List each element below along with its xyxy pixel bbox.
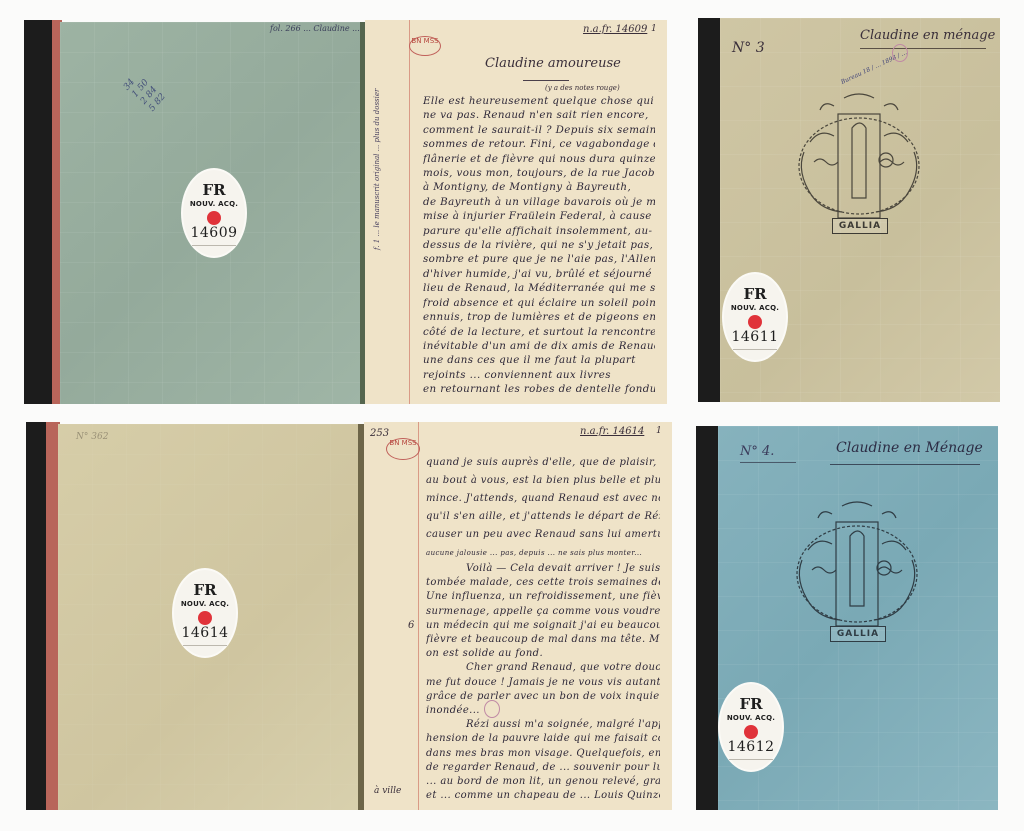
- notebook-cover: fol. 266 ... Claudine ... 34 1 50 2 84 5…: [60, 22, 360, 404]
- red-dot: [198, 611, 212, 625]
- notebook-spine: [26, 422, 48, 810]
- gallia-emblem: GALLIA: [792, 500, 922, 650]
- library-label: FR NOUV. ACQ. 14612: [720, 684, 782, 770]
- notebook-cover: N° 4. Claudine en Ménage GALLIA: [718, 426, 998, 810]
- cover-note: N° 362: [76, 432, 108, 442]
- library-label: FR NOUV. ACQ. 14611: [724, 274, 786, 360]
- red-dot: [744, 725, 758, 739]
- library-stamp: BN MSS: [386, 438, 420, 460]
- shelfmark: n.a.fr. 14609: [583, 24, 647, 35]
- folio-number: 253: [370, 428, 389, 439]
- notebook-cover: N° 362 FR NOUV. ACQ. 14614: [58, 424, 358, 810]
- notebook-title: Claudine en Ménage: [836, 440, 983, 456]
- shelfmark: n.a.fr. 14614: [580, 426, 644, 437]
- emblem-label: GALLIA: [832, 218, 888, 234]
- subtitle-note: (y a des notes rouge): [545, 84, 620, 92]
- library-label: FR NOUV. ACQ. 14609: [183, 170, 245, 256]
- bottom-note: à ville: [374, 786, 401, 796]
- notebook-title: Claudine en ménage: [860, 28, 995, 43]
- library-stamp: BN MSS: [409, 36, 441, 56]
- manuscript-page: 253 BN MSS n.a.fr. 14614 1 quand je suis…: [364, 422, 672, 810]
- chapter-title: Claudine amoureuse: [485, 56, 621, 71]
- label-number: 14611: [724, 330, 786, 344]
- gallia-emblem: GALLIA: [794, 92, 924, 242]
- emblem-label: GALLIA: [830, 626, 886, 642]
- cover-note: fol. 266 ... Claudine ...: [270, 24, 360, 33]
- manuscript-page: BN MSS n.a.fr. 14609 1 Claudine amoureus…: [365, 20, 667, 404]
- margin-letter: 6: [408, 620, 414, 631]
- library-label: FR NOUV. ACQ. 14614: [174, 570, 236, 656]
- page-number: 1: [651, 24, 657, 34]
- page-number: 1: [656, 426, 662, 436]
- notebook-cover: N° 3 Claudine en ménage Bureau 18 / ... …: [720, 18, 1000, 402]
- red-dot: [207, 211, 221, 225]
- label-number: 14612: [720, 740, 782, 754]
- manuscript-text-block-1: quand je suis auprès d'elle, que de plai…: [426, 454, 660, 562]
- title-underline: [523, 80, 569, 81]
- manuscript-text-block-2: Voilà — Cela devait arriver ! Je suis to…: [426, 562, 660, 803]
- margin-note: f. 1 ... le manuscrit original ... plus …: [373, 89, 381, 250]
- red-dot: [748, 315, 762, 329]
- manuscript-text: Elle est heureusement quelque chose qui …: [423, 94, 655, 397]
- label-number: 14609: [183, 226, 245, 240]
- notebook-number: N° 4.: [740, 444, 774, 459]
- notebook-number: N° 3: [732, 40, 765, 56]
- label-number: 14614: [174, 626, 236, 640]
